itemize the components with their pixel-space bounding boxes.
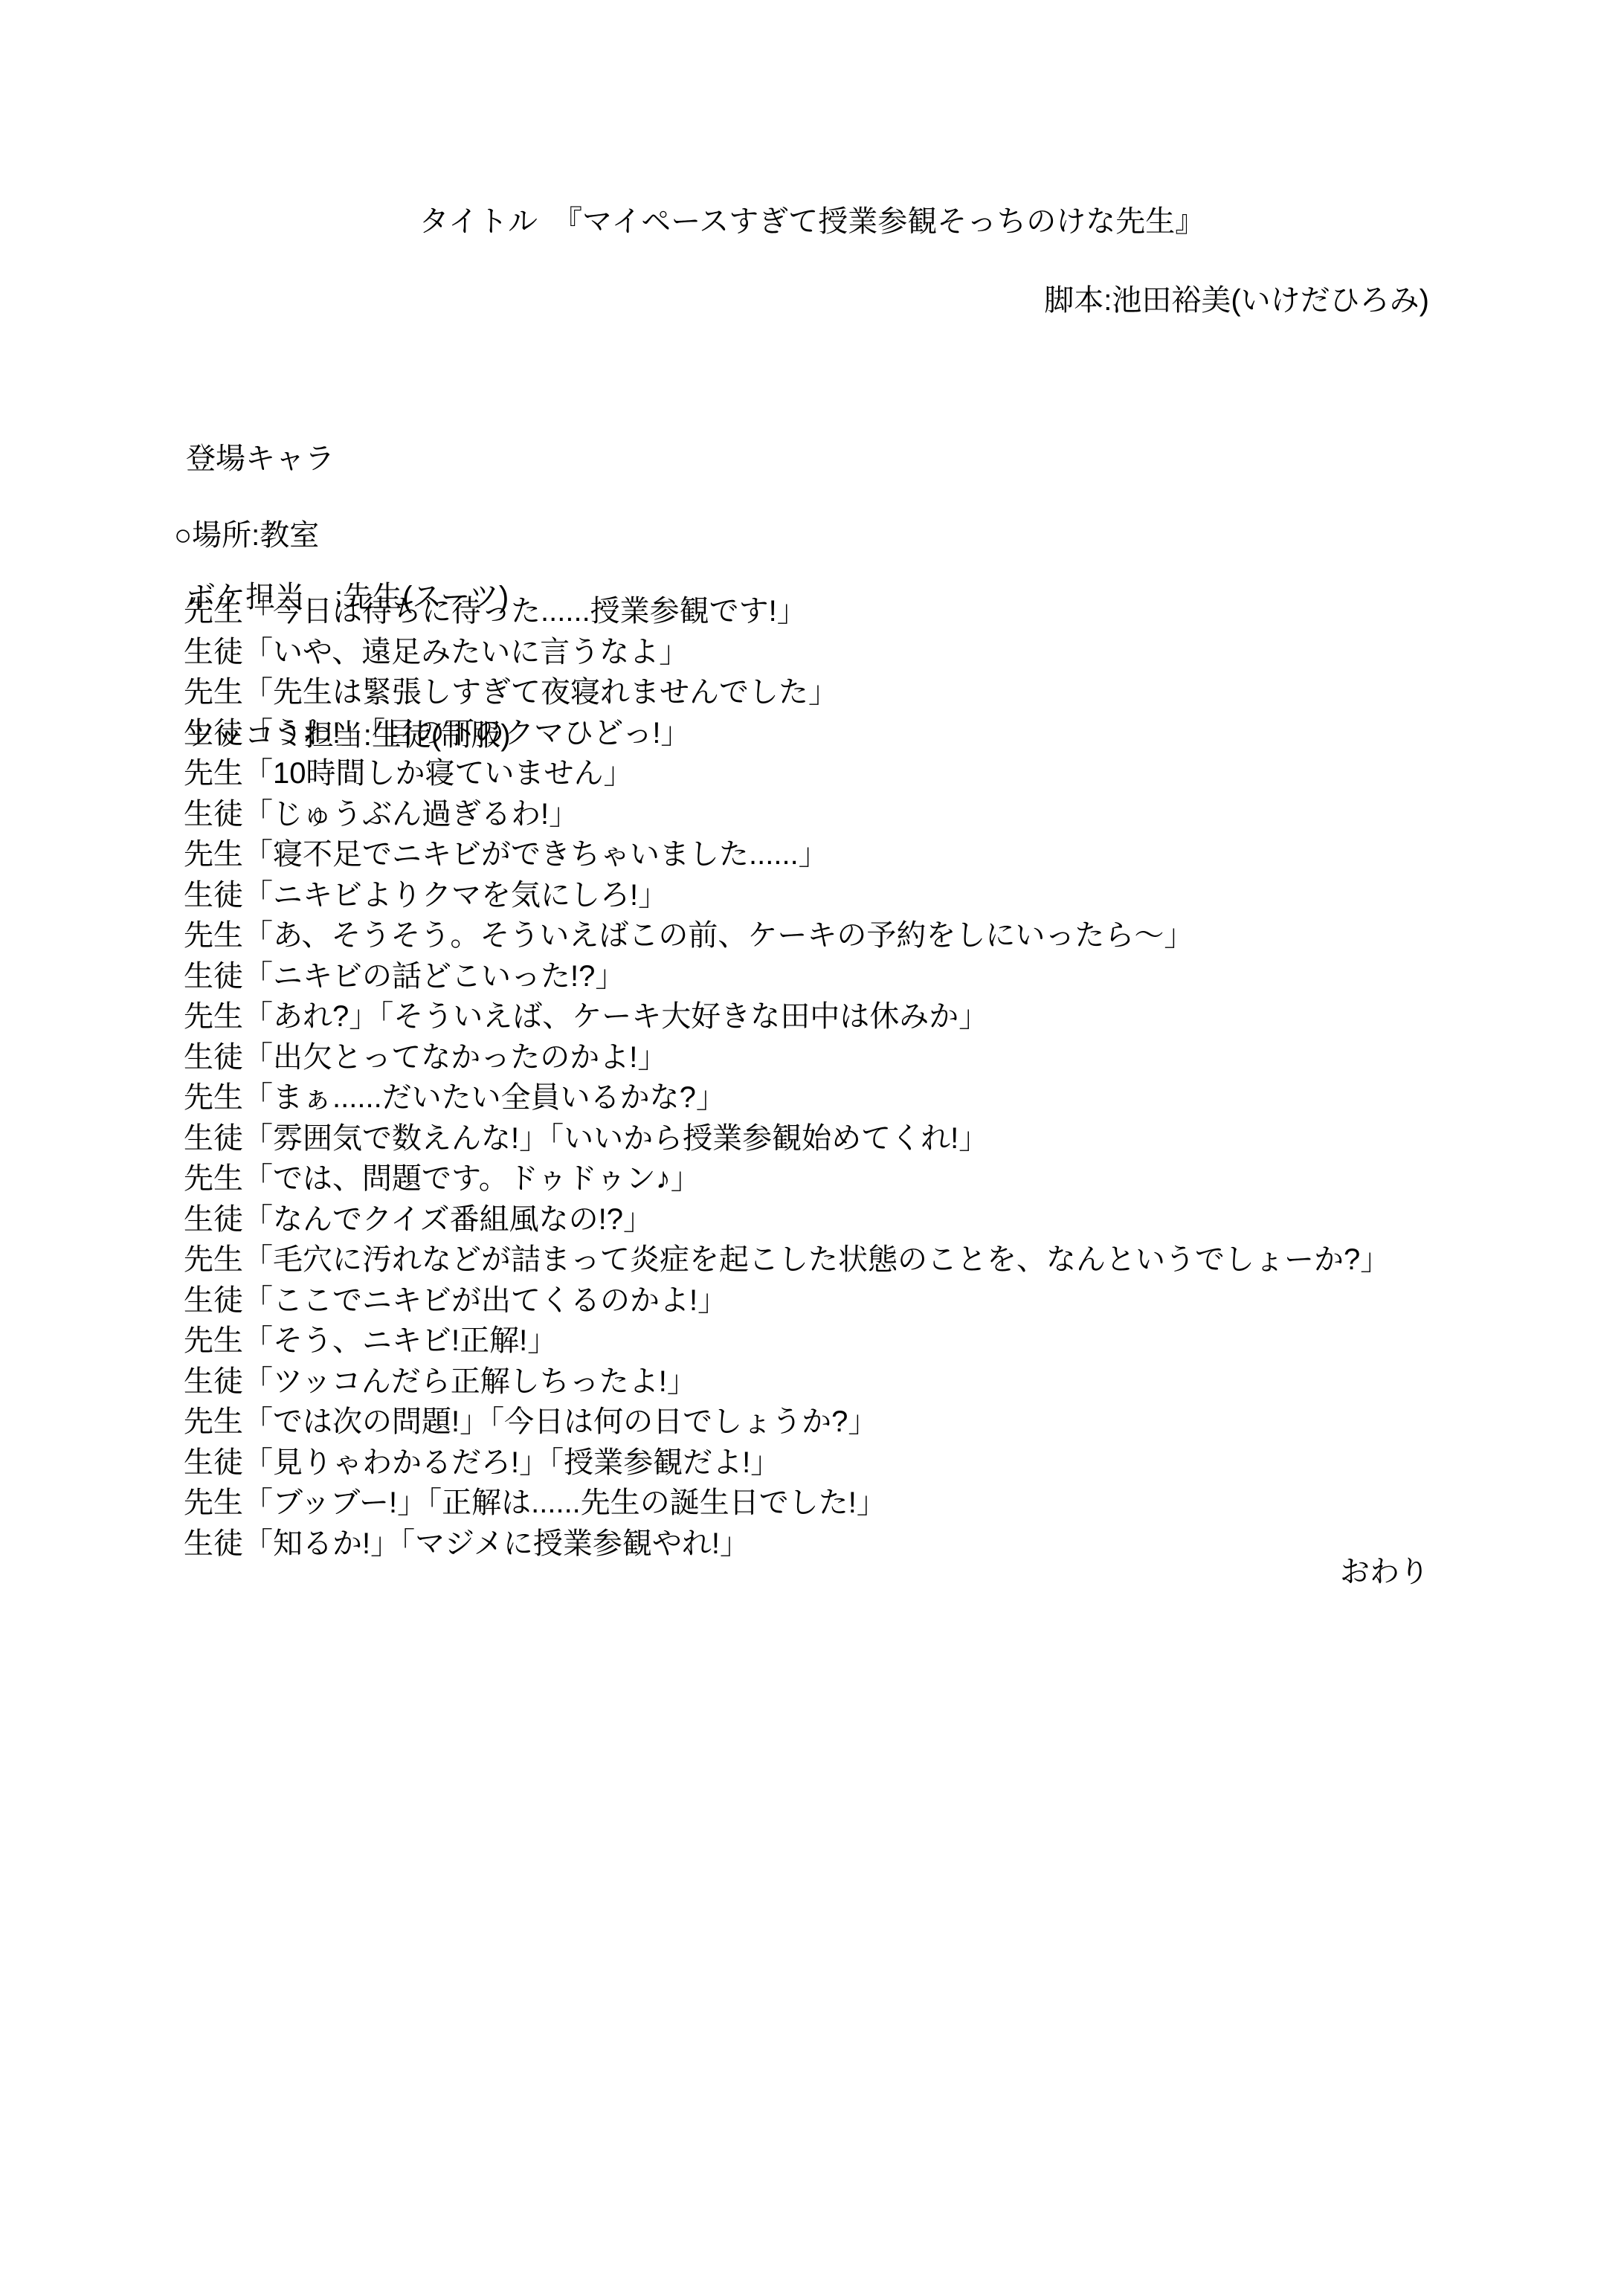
- dialogue-line: 先生「先生は緊張しすぎて夜寝れませんでした」: [184, 672, 1490, 713]
- dialogue-text: 「知るか!」「マジメに授業参観やれ!」: [243, 1527, 750, 1560]
- dialogue-speaker: 先生: [184, 1000, 243, 1033]
- dialogue-line: 先生「そう、ニキビ!正解!」: [184, 1321, 1490, 1362]
- ending-mark: おわり: [1340, 1548, 1429, 1591]
- dialogue-speaker: 先生: [184, 1405, 243, 1438]
- dialogue-speaker: 先生: [184, 1486, 243, 1519]
- dialogue-text: 「うわ!」「目の下のクマひどっ!」: [243, 717, 690, 750]
- dialogue-line: 生徒「なんでクイズ番組風なの!?」: [184, 1199, 1490, 1240]
- author-credit: 脚本:池田裕美(いけだひろみ): [1044, 277, 1429, 319]
- dialogue-line: 先生「寝不足でニキビができちゃいました......」: [184, 834, 1490, 875]
- dialogue-line: 先生「あ、そうそう。そういえばこの前、ケーキの予約をしにいったら〜」: [184, 915, 1490, 956]
- dialogue-speaker: 生徒: [184, 960, 243, 993]
- dialogue-text: 「ニキビの話どこいった!?」: [243, 960, 625, 993]
- dialogue-text: 「雰囲気で数えんな!」「いいから授業参観始めてくれ!」: [243, 1122, 988, 1155]
- dialogue-text: 「ブッブー!」「正解は......先生の誕生日でした!」: [243, 1486, 886, 1519]
- dialogue-line: 先生「では次の問題!」「今日は何の日でしょうか?」: [184, 1402, 1490, 1443]
- dialogue-speaker: 先生: [184, 1162, 243, 1195]
- dialogue-line: 先生「まぁ......だいたい全員いるかな?」: [184, 1077, 1490, 1118]
- dialogue-speaker: 先生: [184, 676, 243, 709]
- dialogue-speaker: 生徒: [184, 1284, 243, 1317]
- dialogue-speaker: 生徒: [184, 1365, 243, 1398]
- dialogue-speaker: 先生: [184, 757, 243, 790]
- dialogue-line: 生徒「じゅうぶん過ぎるわ!」: [184, 794, 1490, 835]
- dialogue-line: 生徒「ニキビよりクマを気にしろ!」: [184, 875, 1490, 916]
- dialogue-speaker: 先生: [184, 1243, 243, 1276]
- dialogue-speaker: 先生: [184, 919, 243, 952]
- dialogue-text: 「出欠とってなかったのかよ!」: [243, 1041, 667, 1074]
- dialogue-text: 「では、問題です。ドゥドゥン♪」: [243, 1162, 700, 1195]
- dialogue-speaker: 生徒: [184, 798, 243, 831]
- dialogue-text: 「では次の問題!」「今日は何の日でしょうか?」: [243, 1405, 877, 1438]
- dialogue-line: 先生「ブッブー!」「正解は......先生の誕生日でした!」: [184, 1483, 1490, 1524]
- dialogue-speaker: 生徒: [184, 1203, 243, 1236]
- dialogue-line: 生徒「うわ!」「目の下のクマひどっ!」: [184, 713, 1490, 754]
- dialogue-text: 「あ、そうそう。そういえばこの前、ケーキの予約をしにいったら〜」: [243, 919, 1193, 952]
- dialogue-text: 「ニキビよりクマを気にしろ!」: [243, 879, 668, 912]
- dialogue-line: 先生「あれ?」「そういえば、ケーキ大好きな田中は休みか」: [184, 996, 1490, 1037]
- dialogue-text: 「じゅうぶん過ぎるわ!」: [243, 798, 579, 831]
- dialogue-line: 生徒「出欠とってなかったのかよ!」: [184, 1037, 1490, 1078]
- dialogue-line: 生徒「ここでニキビが出てくるのかよ!」: [184, 1280, 1490, 1321]
- characters-heading: 登場キャラ: [186, 436, 511, 482]
- script-page: タイトル 『マイペースすぎて授業参観そっちのけな先生』 脚本:池田裕美(いけだひ…: [0, 0, 1624, 2294]
- dialogue-speaker: 生徒: [184, 1122, 243, 1155]
- dialogue-speaker: 生徒: [184, 879, 243, 912]
- dialogue-text: 「毛穴に汚れなどが詰まって炎症を起こした状態のことを、なんというでしょーか?」: [243, 1243, 1390, 1276]
- dialogue-line: 生徒「いや、遠足みたいに言うなよ」: [184, 632, 1490, 673]
- scene-location: ○場所:教室: [174, 512, 319, 554]
- dialogue-text: 「なんでクイズ番組風なの!?」: [243, 1203, 653, 1236]
- dialogue-speaker: 先生: [184, 595, 243, 628]
- dialogue-speaker: 生徒: [184, 1527, 243, 1560]
- dialogue-line: 生徒「雰囲気で数えんな!」「いいから授業参観始めてくれ!」: [184, 1118, 1490, 1159]
- dialogue-line: 先生「10時間しか寝ていません」: [184, 753, 1490, 794]
- script-title: タイトル 『マイペースすぎて授業参観そっちのけな先生』: [0, 198, 1624, 240]
- dialogue-text: 「10時間しか寝ていません」: [243, 757, 634, 790]
- dialogue-text: 「先生は緊張しすぎて夜寝れませんでした」: [243, 676, 838, 709]
- dialogue-line: 生徒「見りゃわかるだろ!」「授業参観だよ!」: [184, 1443, 1490, 1483]
- dialogue-line: 先生「今日は待ちに待った......授業参観です!」: [184, 591, 1490, 632]
- dialogue-text: 「まぁ......だいたい全員いるかな?」: [243, 1081, 726, 1114]
- dialogue-speaker: 先生: [184, 838, 243, 871]
- dialogue-speaker: 先生: [184, 1324, 243, 1357]
- dialogue-speaker: 生徒: [184, 1041, 243, 1074]
- dialogue-speaker: 生徒: [184, 717, 243, 750]
- dialogue-text: 「そう、ニキビ!正解!」: [243, 1324, 557, 1357]
- dialogue-line: 生徒「ツッコんだら正解しちったよ!」: [184, 1362, 1490, 1402]
- dialogue-line: 先生「毛穴に汚れなどが詰まって炎症を起こした状態のことを、なんというでしょーか?…: [184, 1240, 1490, 1280]
- dialogue-speaker: 生徒: [184, 636, 243, 668]
- dialogue-text: 「いや、遠足みたいに言うなよ」: [243, 636, 689, 668]
- dialogue-text: 「寝不足でニキビができちゃいました......」: [243, 838, 828, 871]
- dialogue-text: 「今日は待ちに待った......授業参観です!」: [243, 595, 807, 628]
- dialogue-speaker: 生徒: [184, 1446, 243, 1479]
- dialogue-text: 「あれ?」「そういえば、ケーキ大好きな田中は休みか」: [243, 1000, 988, 1033]
- dialogue-text: 「見りゃわかるだろ!」「授業参観だよ!」: [243, 1446, 780, 1479]
- dialogue-list: 先生「今日は待ちに待った......授業参観です!」生徒「いや、遠足みたいに言う…: [184, 591, 1490, 1564]
- dialogue-text: 「ここでニキビが出てくるのかよ!」: [243, 1284, 727, 1317]
- dialogue-line: 生徒「知るか!」「マジメに授業参観やれ!」: [184, 1524, 1490, 1565]
- dialogue-line: 先生「では、問題です。ドゥドゥン♪」: [184, 1159, 1490, 1199]
- dialogue-line: 生徒「ニキビの話どこいった!?」: [184, 956, 1490, 997]
- dialogue-text: 「ツッコんだら正解しちったよ!」: [243, 1365, 697, 1398]
- dialogue-speaker: 先生: [184, 1081, 243, 1114]
